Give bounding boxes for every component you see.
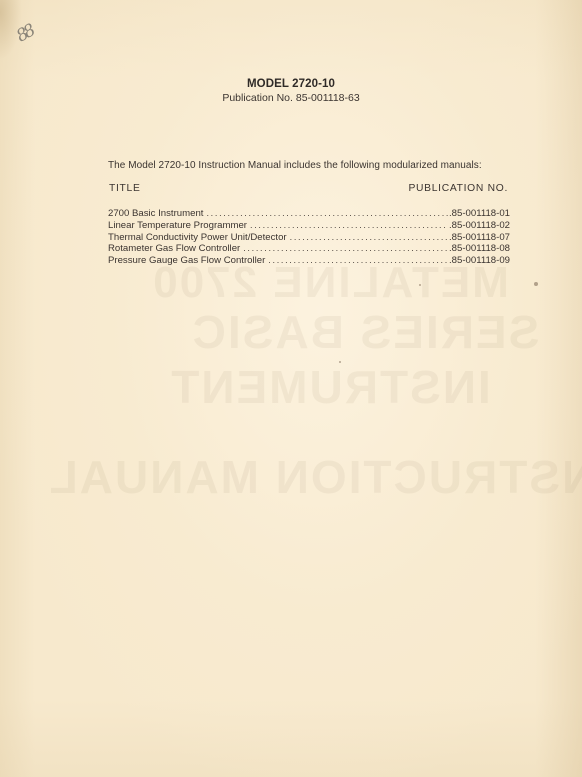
document-header: MODEL 2720-10 Publication No. 85-001118-… [0, 78, 582, 105]
manual-publication-no: .85-001118-08 [448, 243, 510, 254]
paper-speck [419, 284, 421, 286]
manual-publication-no: .85-001118-07 [448, 232, 510, 243]
manual-row: 2700 Basic Instrument .85-001118-01 [108, 208, 510, 220]
column-header-title: TITLE [109, 183, 141, 194]
manual-title: Rotameter Gas Flow Controller [108, 243, 243, 254]
manual-title: Pressure Gauge Gas Flow Controller [108, 255, 268, 266]
paper-speck [339, 361, 341, 363]
show-through-text: SERIES BASIC [95, 305, 582, 359]
manual-publication-no: .85-001118-02 [448, 220, 510, 231]
manual-list: 2700 Basic Instrument .85-001118-01 Line… [108, 208, 510, 267]
dot-leader [206, 208, 448, 218]
dot-leader [268, 255, 448, 265]
show-through-text: INSTRUCTION MANUAL [70, 450, 582, 504]
intro-text: The Model 2720-10 Instruction Manual inc… [108, 160, 482, 171]
manual-title: Linear Temperature Programmer [108, 220, 250, 231]
manual-title: Thermal Conductivity Power Unit/Detector [108, 232, 290, 243]
manual-publication-no: .85-001118-09 [448, 255, 510, 266]
manual-row: Rotameter Gas Flow Controller .85-001118… [108, 243, 510, 255]
dot-leader [290, 232, 448, 242]
manual-title: 2700 Basic Instrument [108, 208, 206, 219]
publication-number: Publication No. 85-001118-63 [0, 91, 582, 105]
column-header-publication-no: PUBLICATION NO. [408, 183, 508, 194]
model-title: MODEL 2720-10 [0, 78, 582, 91]
document-page: METALINE 2700 SERIES BASIC INSTRUMENT IN… [0, 0, 582, 777]
paper-speck [534, 282, 538, 286]
dot-leader [250, 220, 448, 230]
manual-row: Linear Temperature Programmer .85-001118… [108, 220, 510, 232]
manual-row: Pressure Gauge Gas Flow Controller .85-0… [108, 255, 510, 267]
manual-row: Thermal Conductivity Power Unit/Detector… [108, 232, 510, 244]
show-through-text: INSTRUMENT [60, 360, 582, 414]
manual-publication-no: .85-001118-01 [448, 208, 510, 219]
dot-leader [243, 243, 448, 253]
